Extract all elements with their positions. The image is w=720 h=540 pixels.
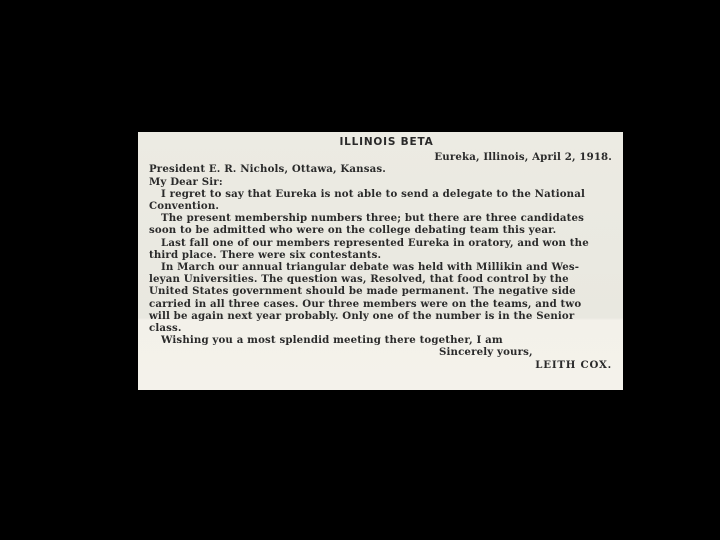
text-line: carried in all three cases. Our three me… xyxy=(149,298,614,310)
text-line: leyan Universities. The question was, Re… xyxy=(149,273,614,285)
letter-page: ILLINOIS BETA Eureka, Illinois, April 2,… xyxy=(138,132,623,390)
text-line: third place. There were six contestants. xyxy=(149,249,614,261)
text-line: class. xyxy=(149,322,614,334)
paragraph-2: The present membership numbers three; bu… xyxy=(149,212,614,236)
text-line: I regret to say that Eureka is not able … xyxy=(149,188,614,200)
text-line: Wishing you a most splendid meeting ther… xyxy=(149,334,614,346)
text-line: United States government should be made … xyxy=(149,285,614,297)
signature: LEITH COX. xyxy=(149,359,614,371)
text-line: Last fall one of our members represented… xyxy=(149,237,614,249)
paragraph-3: Last fall one of our members represented… xyxy=(149,237,614,261)
text-line: soon to be admitted who were on the coll… xyxy=(149,224,614,236)
salutation: My Dear Sir: xyxy=(149,176,614,188)
closing: Sincerely yours, xyxy=(149,346,614,358)
dateline: Eureka, Illinois, April 2, 1918. xyxy=(149,151,614,163)
paragraph-4: In March our annual triangular debate wa… xyxy=(149,261,614,334)
paragraph-5: Wishing you a most splendid meeting ther… xyxy=(149,334,614,346)
text-line: will be again next year probably. Only o… xyxy=(149,310,614,322)
addressee: President E. R. Nichols, Ottawa, Kansas. xyxy=(149,163,614,175)
chapter-heading: ILLINOIS BETA xyxy=(149,136,614,148)
text-line: In March our annual triangular debate wa… xyxy=(149,261,614,273)
paragraph-1: I regret to say that Eureka is not able … xyxy=(149,188,614,212)
text-line: The present membership numbers three; bu… xyxy=(149,212,614,224)
text-line: Convention. xyxy=(149,200,614,212)
